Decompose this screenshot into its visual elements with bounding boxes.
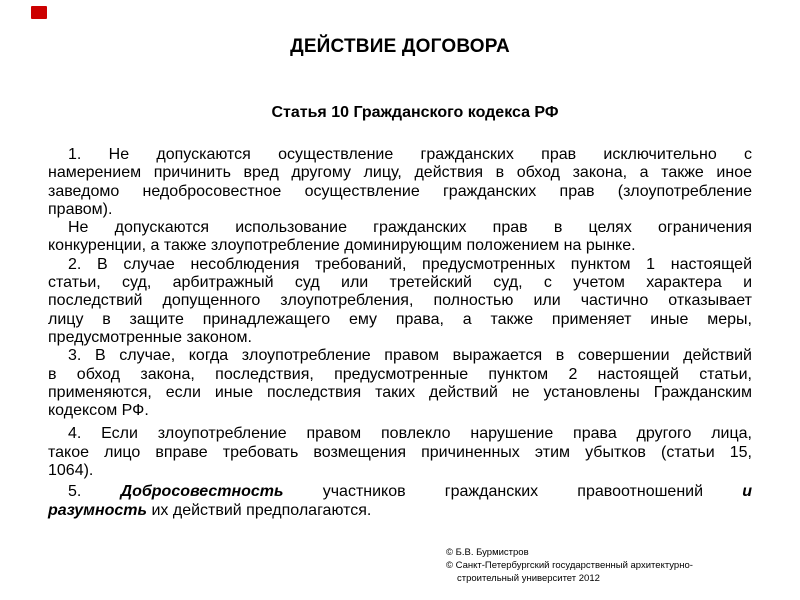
text-line: правом). <box>48 201 752 219</box>
text-line: Не допускаются использование гражданских… <box>48 219 752 237</box>
text-segment: последствий допущенного злоупотребления,… <box>48 292 752 309</box>
text-line: применяются, если иные последствия таких… <box>48 384 752 402</box>
footer-university-line: © Санкт-Петербургский государственный ар… <box>446 559 693 572</box>
text-line: такое лицо вправе требовать возмещения п… <box>48 444 752 462</box>
text-segment: заведомо недобросовестное осуществление … <box>48 183 752 200</box>
text-segment: кодексом РФ. <box>48 402 149 419</box>
text-line: разумность их действий предполагаются. <box>48 502 752 520</box>
paragraph: Не допускаются использование гражданских… <box>48 219 752 256</box>
copyright-footer: © Б.В. Бурмистров © Санкт-Петербургский … <box>446 546 693 585</box>
text-segment: их действий предполагаются. <box>147 502 371 519</box>
emphasized-term: Добросовестность <box>121 483 284 500</box>
text-line: заведомо недобросовестное осуществление … <box>48 183 752 201</box>
red-corner-marker <box>31 6 47 19</box>
text-segment: такое лицо вправе требовать возмещения п… <box>48 444 752 461</box>
footer-university-line-2: строительный университет 2012 <box>446 572 693 585</box>
text-segment: 2. В случае несоблюдения требований, пре… <box>68 256 752 273</box>
text-segment: Не допускаются использование гражданских… <box>68 219 752 236</box>
slide: ДЕЙСТВИЕ ДОГОВОРА Статья 10 Гражданского… <box>0 0 800 600</box>
text-line: 2. В случае несоблюдения требований, пре… <box>48 256 752 274</box>
text-line: последствий допущенного злоупотребления,… <box>48 292 752 310</box>
text-segment: предусмотренные законом. <box>48 329 252 346</box>
text-segment: 1. Не допускаются осуществление гражданс… <box>68 146 752 163</box>
emphasized-term: разумность <box>48 502 147 519</box>
text-segment: в обход закона, последствия, предусмотре… <box>48 366 752 383</box>
text-line: статьи, суд, арбитражный суд или третейс… <box>48 274 752 292</box>
slide-title: ДЕЙСТВИЕ ДОГОВОРА <box>0 36 800 58</box>
text-line: 1. Не допускаются осуществление гражданс… <box>48 146 752 164</box>
text-segment: 1064). <box>48 462 93 479</box>
paragraph: 1. Не допускаются осуществление гражданс… <box>48 146 752 219</box>
text-line: кодексом РФ. <box>48 402 752 420</box>
emphasized-term: и <box>742 483 752 500</box>
text-line: конкуренции, а также злоупотребление дом… <box>48 237 752 255</box>
paragraph: 5. Добросовестность участников гражданск… <box>48 483 752 520</box>
article-body-text: 1. Не допускаются осуществление гражданс… <box>48 146 752 520</box>
text-line: намерением причинить вред другому лицу, … <box>48 164 752 182</box>
paragraph: 4. Если злоупотребление правом повлекло … <box>48 425 752 480</box>
text-line: 3. В случае, когда злоупотребление право… <box>48 347 752 365</box>
text-line: в обход закона, последствия, предусмотре… <box>48 366 752 384</box>
text-segment: намерением причинить вред другому лицу, … <box>48 164 752 181</box>
text-segment: 3. В случае, когда злоупотребление право… <box>68 347 752 364</box>
text-segment: участников гражданских правоотношений <box>284 483 743 500</box>
paragraph: 2. В случае несоблюдения требований, пре… <box>48 256 752 347</box>
text-segment: лицу в защите принадлежащего ему права, … <box>48 311 752 328</box>
paragraph: 3. В случае, когда злоупотребление право… <box>48 347 752 420</box>
text-line: 1064). <box>48 462 752 480</box>
text-segment: статьи, суд, арбитражный суд или третейс… <box>48 274 752 291</box>
text-segment: применяются, если иные последствия таких… <box>48 384 752 401</box>
text-line: лицу в защите принадлежащего ему права, … <box>48 311 752 329</box>
text-line: 5. Добросовестность участников гражданск… <box>48 483 752 501</box>
text-line: 4. Если злоупотребление правом повлекло … <box>48 425 752 443</box>
text-line: предусмотренные законом. <box>48 329 752 347</box>
text-segment: 4. Если злоупотребление правом повлекло … <box>68 425 752 442</box>
slide-subtitle: Статья 10 Гражданского кодекса РФ <box>48 104 752 122</box>
text-segment: конкуренции, а также злоупотребление дом… <box>48 237 636 254</box>
footer-author-line: © Б.В. Бурмистров <box>446 546 693 559</box>
text-segment: 5. <box>68 483 121 500</box>
text-segment: правом). <box>48 201 112 218</box>
